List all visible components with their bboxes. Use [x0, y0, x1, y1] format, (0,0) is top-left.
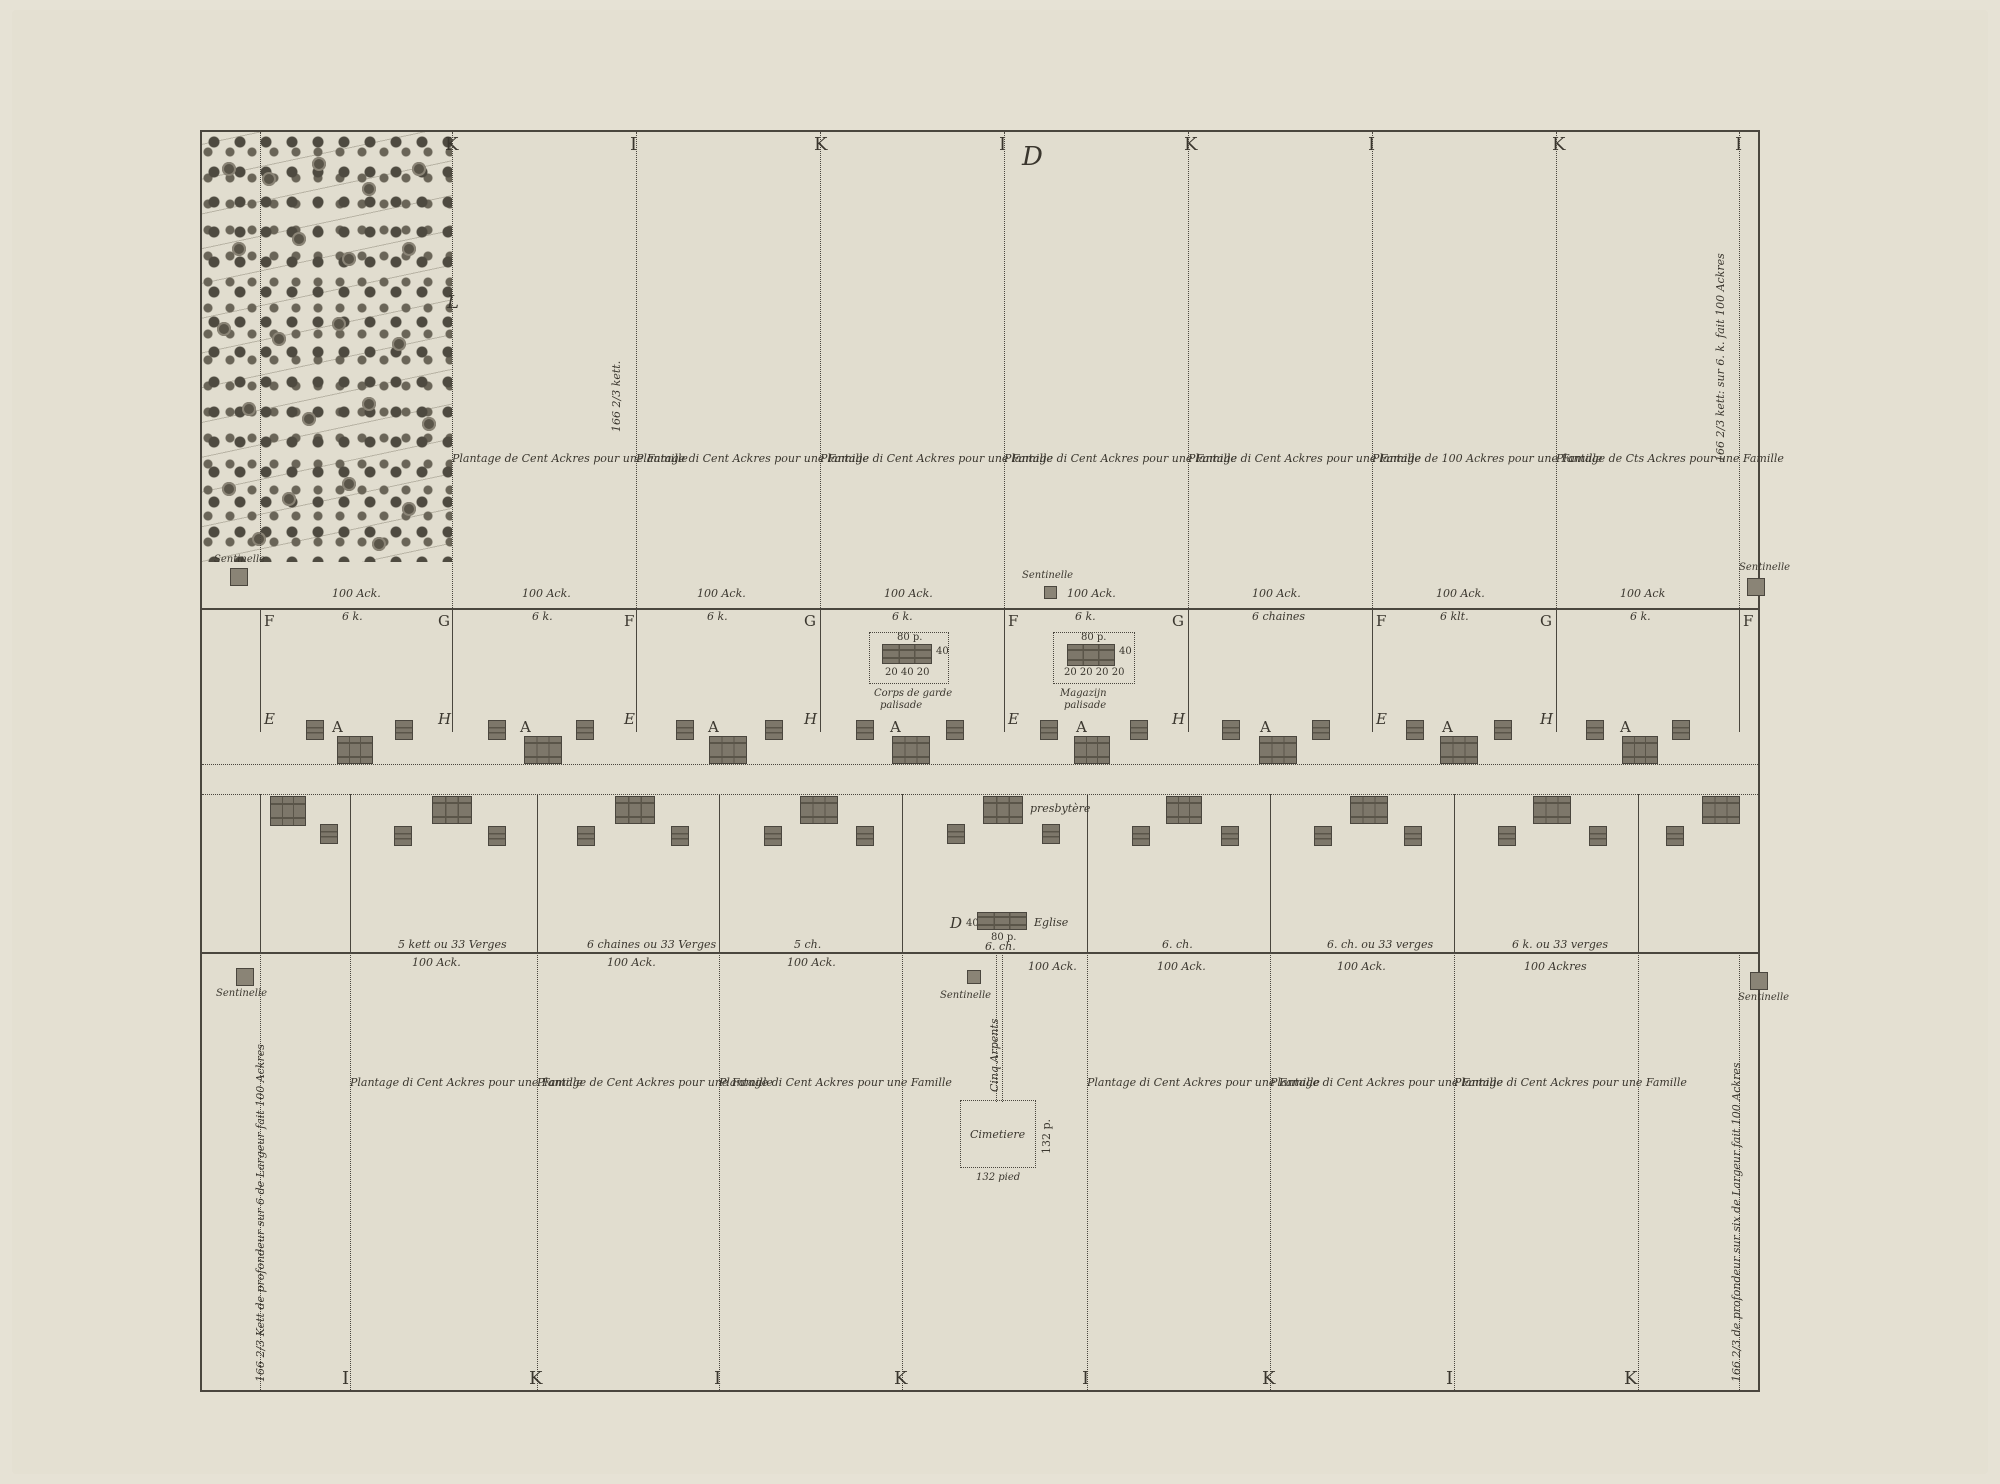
house [1074, 736, 1110, 764]
width-label: 6 chaines [1252, 610, 1305, 623]
plantation-label: Plantage di Cent Ackres pour une Famille [1454, 1076, 1687, 1089]
plantation-label: Plantage de Cts Ackres pour une Famille [1556, 452, 1784, 465]
dimension: 20 20 20 20 [1064, 667, 1124, 678]
church-building [977, 912, 1027, 930]
acres-label: 100 Ack. [1252, 587, 1301, 600]
sentinel-box [236, 968, 254, 986]
house [615, 796, 655, 824]
corner-f: F [1008, 612, 1018, 630]
house [1622, 736, 1658, 764]
corner-h: H [438, 710, 451, 728]
corner-h: H [1540, 710, 1553, 728]
house [1533, 796, 1571, 824]
corps-de-garde-building [882, 644, 932, 664]
depth-note: 166 2/3 Kett de profondeur sur 6 de Larg… [254, 1044, 267, 1382]
corner-f: F [1743, 612, 1753, 630]
magazin-label: Magazijn [1060, 688, 1107, 699]
corner-e: E [1376, 710, 1387, 728]
sentinel-label: Sentinelle [214, 554, 265, 565]
house [270, 796, 306, 826]
presbytere-label: presbytère [1030, 802, 1090, 815]
corner-g: G [438, 612, 450, 630]
acres-label: 100 Ack. [1067, 587, 1116, 600]
house [800, 796, 838, 824]
corner-f: F [1376, 612, 1386, 630]
house [1259, 736, 1297, 764]
acres-label: 100 Ack. [607, 956, 656, 969]
width-label: 6 k. [892, 610, 913, 623]
top-marker: I [999, 134, 1006, 155]
acres-label: 100 Ack. [1436, 587, 1485, 600]
acres-label: 100 Ack. [697, 587, 746, 600]
map-letter-d: D [1022, 142, 1043, 172]
width-label: 6. ch. ou 33 verges [1327, 938, 1433, 951]
palisade-label: palisade [880, 700, 922, 711]
forest-illustration [202, 132, 452, 562]
cemetery-label: Cimetiere [970, 1128, 1025, 1141]
dimension: 132 p. [1040, 1119, 1053, 1154]
top-marker: K [1552, 134, 1565, 155]
width-label: 6 k. ou 33 verges [1512, 938, 1608, 951]
forest-divider [260, 132, 261, 562]
width-label: 6 k. [1075, 610, 1096, 623]
dimension: 80 p. [897, 632, 922, 643]
house [1440, 736, 1478, 764]
corner-h: H [804, 710, 817, 728]
house-label: A [708, 718, 719, 736]
sentinel-label: Sentinelle [216, 988, 267, 999]
width-label: 6. ch. [1162, 938, 1193, 951]
upper-boundary [202, 608, 1758, 610]
depth-note: 166 2/3 de profondeur sur six de Largeur… [1730, 1063, 1743, 1382]
bottom-marker: K [529, 1368, 542, 1389]
house [1350, 796, 1388, 824]
corner-e: E [624, 710, 635, 728]
house-label: A [1442, 718, 1453, 736]
acres-label: 100 Ack [1620, 587, 1665, 600]
sentinel-label: Sentinelle [1739, 562, 1790, 573]
sentinel-box [1750, 972, 1768, 990]
sentinel-label: Sentinelle [1738, 992, 1789, 1003]
depth-note: 166 2/3 kett: sur 6. k. fait 100 Ackres [1714, 253, 1727, 462]
bottom-marker: I [1082, 1368, 1089, 1389]
house-label: A [332, 718, 343, 736]
sentinel-label: Sentinelle [1022, 570, 1073, 581]
width-label: 6 k. [342, 610, 363, 623]
corner-e: E [1008, 710, 1019, 728]
house [337, 736, 373, 764]
width-label: 6 chaines ou 33 Verges [587, 938, 716, 951]
house [892, 736, 930, 764]
acres-label: 100 Ack. [332, 587, 381, 600]
dimension: 80 p. [1081, 632, 1106, 643]
plantation-label: Plantage di Cent Ackres pour une Famille [719, 1076, 952, 1089]
house [432, 796, 472, 824]
width-label: 6 k. [707, 610, 728, 623]
acres-label: 100 Ack. [412, 956, 461, 969]
dimension: 20 40 20 [885, 667, 930, 678]
road-label: Cinq Arpents [988, 1019, 1001, 1092]
depth-note: 166 2/3 kett. [610, 361, 623, 432]
bottom-marker: I [714, 1368, 721, 1389]
width-label: 6 k. [532, 610, 553, 623]
corner-g: G [1172, 612, 1184, 630]
dimension: 40 [936, 646, 949, 657]
bottom-marker: I [1446, 1368, 1453, 1389]
corner-h: H [1172, 710, 1185, 728]
corner-f: F [264, 612, 274, 630]
house-label: A [520, 718, 531, 736]
church-letter: D [950, 914, 962, 932]
acres-label: 100 Ack. [787, 956, 836, 969]
acres-label: 100 Ack. [1337, 960, 1386, 973]
bottom-marker: K [1262, 1368, 1275, 1389]
house [524, 736, 562, 764]
bottom-marker: I [342, 1368, 349, 1389]
bottom-marker: K [1624, 1368, 1637, 1389]
acres-label: 100 Ack. [884, 587, 933, 600]
house [1702, 796, 1740, 824]
house-label: A [890, 718, 901, 736]
acres-label: 100 Ack. [1028, 960, 1077, 973]
sentinel-box [230, 568, 248, 586]
width-label: 6 k. [1630, 610, 1651, 623]
road-edge-upper [202, 764, 1758, 765]
width-label: 6 klt. [1440, 610, 1469, 623]
corner-g: G [1540, 612, 1552, 630]
dimension: 132 pied [976, 1172, 1020, 1183]
house [709, 736, 747, 764]
acres-label: 100 Ack. [1157, 960, 1206, 973]
house-label: A [1620, 718, 1631, 736]
acres-label: 100 Ackres [1524, 960, 1587, 973]
road-edge-lower [202, 794, 1758, 795]
magazin-building [1067, 644, 1115, 666]
bottom-marker: K [894, 1368, 907, 1389]
corner-e: E [264, 710, 275, 728]
acres-label: 100 Ack. [522, 587, 571, 600]
corps-de-garde-label: Corps de garde [874, 688, 952, 699]
house-label: A [1260, 718, 1271, 736]
sentinel-box [967, 970, 981, 984]
width-label: 5 ch. [794, 938, 821, 951]
lower-boundary [202, 952, 1758, 954]
sentinel-box [1044, 586, 1057, 599]
corner-f: F [624, 612, 634, 630]
sentinel-box [1747, 578, 1765, 596]
church-label: Eglise [1034, 916, 1068, 929]
corner-g: G [804, 612, 816, 630]
presbytere-building [983, 796, 1023, 824]
width-label: 5 kett ou 33 Verges [398, 938, 507, 951]
palisade-label: palisade [1064, 700, 1106, 711]
top-marker: K [1184, 134, 1197, 155]
house-label: A [1076, 718, 1087, 736]
dimension: 40 [1119, 646, 1132, 657]
sentinel-label: Sentinelle [940, 990, 991, 1001]
map-plate: L K I K I K I K I D Plantage de Cent Ack… [200, 130, 1760, 1392]
house [1166, 796, 1202, 824]
